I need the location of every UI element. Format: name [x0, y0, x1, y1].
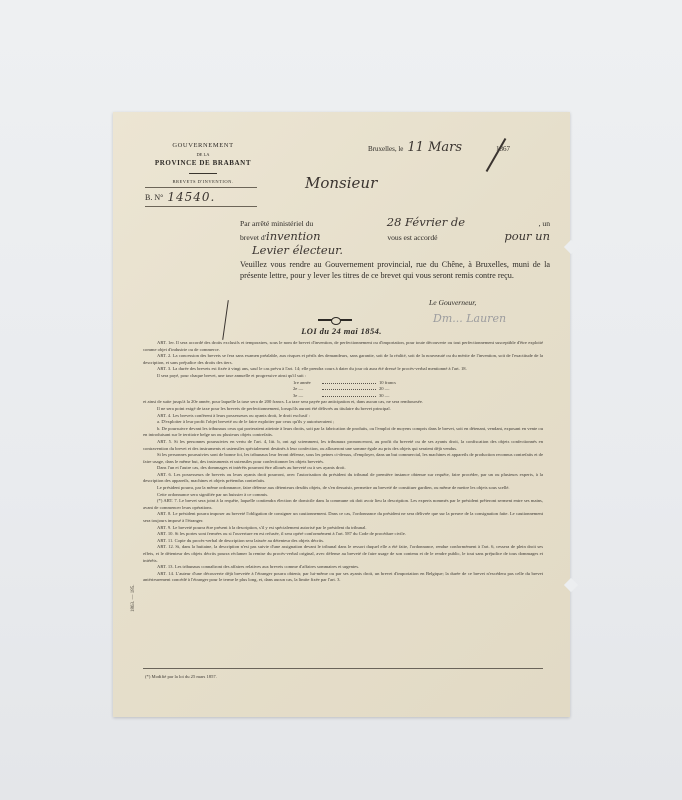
signature-label: Le Gouverneur,	[429, 298, 476, 307]
line2-hand-2: pour un	[504, 230, 550, 242]
article: Dans l'un et l'autre cas, des dommages e…	[143, 465, 543, 472]
article: ART. 12. Si, dans la huitaine, la descri…	[143, 544, 543, 564]
article: ART. 11. Copie du procès-verbal de descr…	[143, 538, 543, 545]
tax-amount: 30 —	[379, 393, 413, 400]
footnote: (*) Modifié par la loi du 25 mars 1857.	[145, 674, 217, 679]
article: Il sera payé, pour chaque brevet, une ta…	[143, 373, 543, 380]
article: ART. 5. Si les personnes poursuivies en …	[143, 439, 543, 452]
tax-table: 1re année10 francs 2e —20 — 3e —30 —	[293, 380, 413, 400]
tax-year: 2e —	[293, 386, 319, 393]
signature: Dm... Lauren	[433, 312, 506, 325]
date-handwritten: 11 Mars	[407, 140, 462, 155]
article: ART. 2. La concession des brevets se fer…	[143, 353, 543, 366]
salutation: Monsieur	[305, 174, 377, 192]
law-text: ART. 1er. Il sera accordé des droits exc…	[143, 340, 543, 584]
authority-line-2: DE LA	[143, 152, 263, 157]
ornament	[318, 319, 352, 321]
patent-letter-document: GOUVERNEMENT DE LA PROVINCE DE BRABANT B…	[113, 112, 570, 717]
margin-note: 1863. — 185.	[131, 585, 136, 613]
tax-year: 3e —	[293, 393, 319, 400]
instructions-paragraph: Veuillez vous rendre au Gouvernement pro…	[240, 259, 550, 281]
award-paragraph: Par arrêté ministériel du 28 Février de …	[240, 216, 550, 256]
line2-prefix: brevet d'	[240, 233, 266, 242]
article: ART. 4. Les brevets confèrent à leurs po…	[143, 413, 543, 420]
article: Cette ordonnance sera signifiée par un h…	[143, 492, 543, 499]
authority-line-3: PROVINCE DE BRABANT	[143, 159, 263, 167]
divider	[189, 173, 217, 174]
article: Il ne sera point exigé de taxe pour les …	[143, 406, 543, 413]
authority-line-1: GOUVERNEMENT	[143, 142, 263, 149]
tax-year: 1re année	[293, 380, 319, 387]
number-handwritten: 14540.	[167, 190, 215, 204]
article: ART. 6. Les possesseurs de brevets ou le…	[143, 472, 543, 485]
divider	[143, 668, 543, 669]
article: ART. 14. L'auteur d'une découverte déjà …	[143, 571, 543, 584]
tax-amount: 20 —	[379, 386, 413, 393]
article: b. De poursuivre devant les tribunaux ce…	[143, 426, 543, 439]
patent-number: B. N° 14540.	[145, 187, 257, 207]
paper-tear	[564, 240, 578, 254]
line2-hand: invention	[266, 229, 320, 243]
article: ART. 1er. Il sera accordé des droits exc…	[143, 340, 543, 353]
issuing-authority: GOUVERNEMENT DE LA PROVINCE DE BRABANT B…	[143, 142, 263, 184]
article: Si les personnes poursuivies sont de bon…	[143, 452, 543, 465]
article: a. D'exploiter à leur profit l'objet bre…	[143, 419, 543, 426]
article: ART. 9. Le breveté pourra être présent à…	[143, 525, 543, 532]
line2-mid: vous est accordé	[387, 232, 437, 244]
tax-amount: 10 francs	[379, 380, 413, 387]
article: Le président pourra, par la même ordonna…	[143, 485, 543, 492]
invention-title-hand: Levier électeur.	[252, 244, 343, 256]
article: (*) ART. 7. Le brevet sera joint à la re…	[143, 498, 543, 511]
place: Bruxelles, le	[368, 145, 403, 153]
paper-tear	[564, 578, 578, 592]
number-prefix: B. N°	[145, 193, 163, 202]
line1-hand: 28 Février de	[387, 216, 465, 228]
article: ART. 3. La durée des brevets est fixée à…	[143, 366, 543, 373]
article: et ainsi de suite jusqu'à la 20e année, …	[143, 399, 543, 406]
article: ART. 13. Les tribunaux connaîtront des a…	[143, 564, 543, 571]
article: ART. 10. Si les portes sont fermées ou s…	[143, 531, 543, 538]
date-line: Bruxelles, le 11 Mars 1867	[368, 140, 510, 155]
department-label: BREVETS D'INVENTION.	[143, 179, 263, 184]
article: ART. 8. Le président pourra imposer au b…	[143, 511, 543, 524]
law-title: LOI du 24 mai 1854.	[113, 326, 570, 336]
